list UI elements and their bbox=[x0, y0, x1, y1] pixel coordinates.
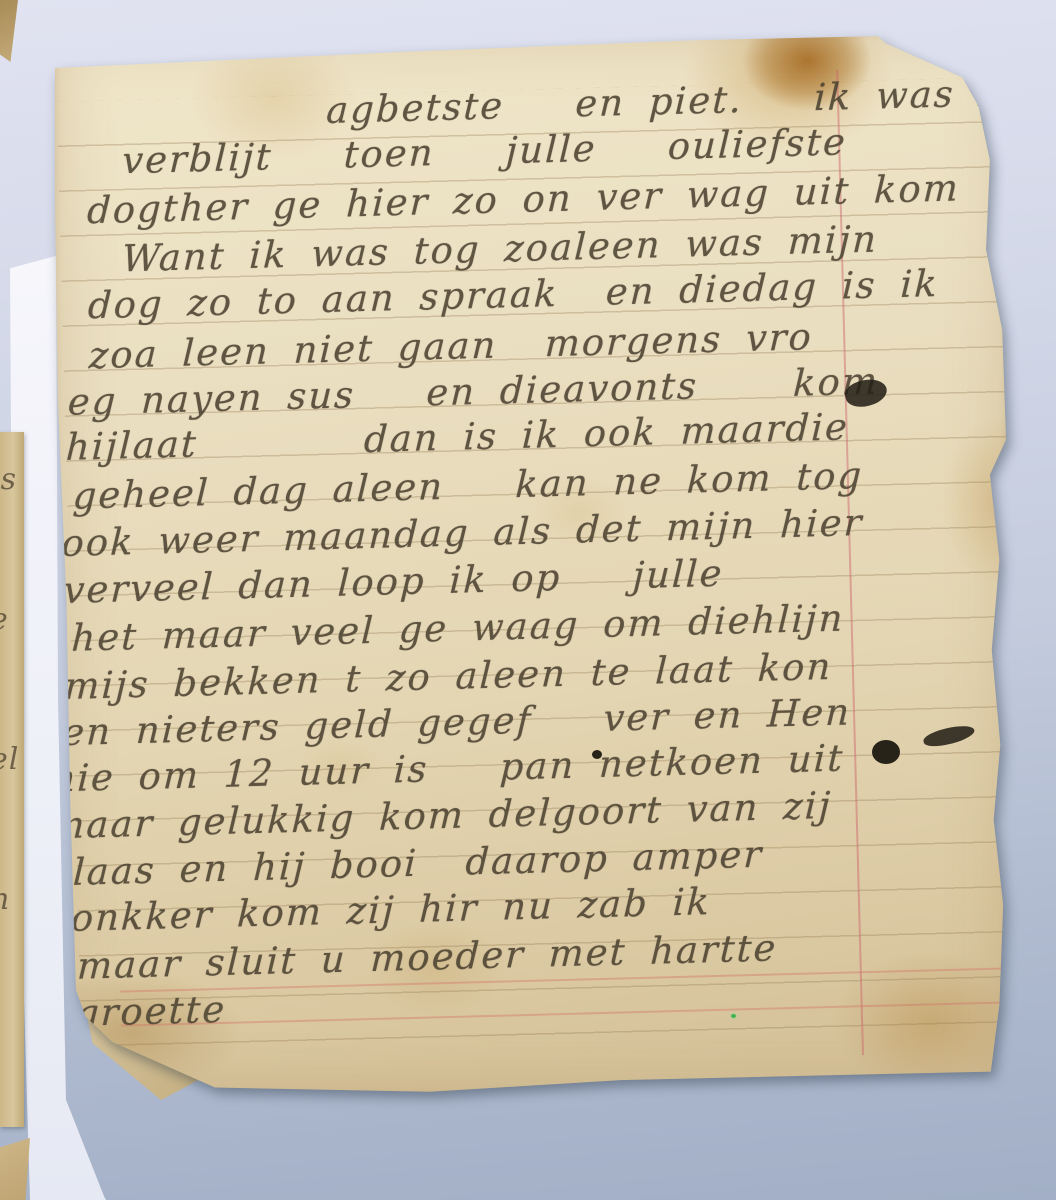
handwriting-line: groette bbox=[74, 991, 227, 1032]
handwriting-line: maar sluit u moeder met hartte bbox=[76, 929, 778, 984]
handwriting: agbetste en piet. ik was zoverblijt toen… bbox=[55, 34, 1007, 1096]
bottom-left-paper-scrap bbox=[0, 1138, 30, 1200]
letter-paper: agbetste en piet. ik was zoverblijt toen… bbox=[55, 34, 1007, 1096]
left-strip-writing-fragment: ls bbox=[0, 462, 17, 497]
left-strip-writing-fragment: el bbox=[0, 742, 19, 777]
left-paper-strip: lseelnj bbox=[0, 432, 24, 1127]
ink-round-blot bbox=[872, 740, 900, 764]
green-speck bbox=[731, 1014, 736, 1018]
handwriting-line: agbetste en piet. ik was zo bbox=[325, 74, 1025, 129]
left-strip-writing-fragment: e bbox=[0, 602, 9, 637]
handwriting-line: verveel dan loop ik op julle bbox=[63, 555, 724, 609]
handwriting-line: verblijt toen julle ouliefste bbox=[122, 123, 848, 179]
top-left-paper-scrap bbox=[0, 0, 18, 62]
ink-small-dot bbox=[592, 750, 602, 759]
letter-photograph: lseelnj agbetste en piet. ik was zoverbl… bbox=[0, 0, 1056, 1200]
left-strip-writing-fragment: n bbox=[0, 882, 10, 917]
paper-surface: agbetste en piet. ik was zoverblijt toen… bbox=[55, 34, 1007, 1096]
